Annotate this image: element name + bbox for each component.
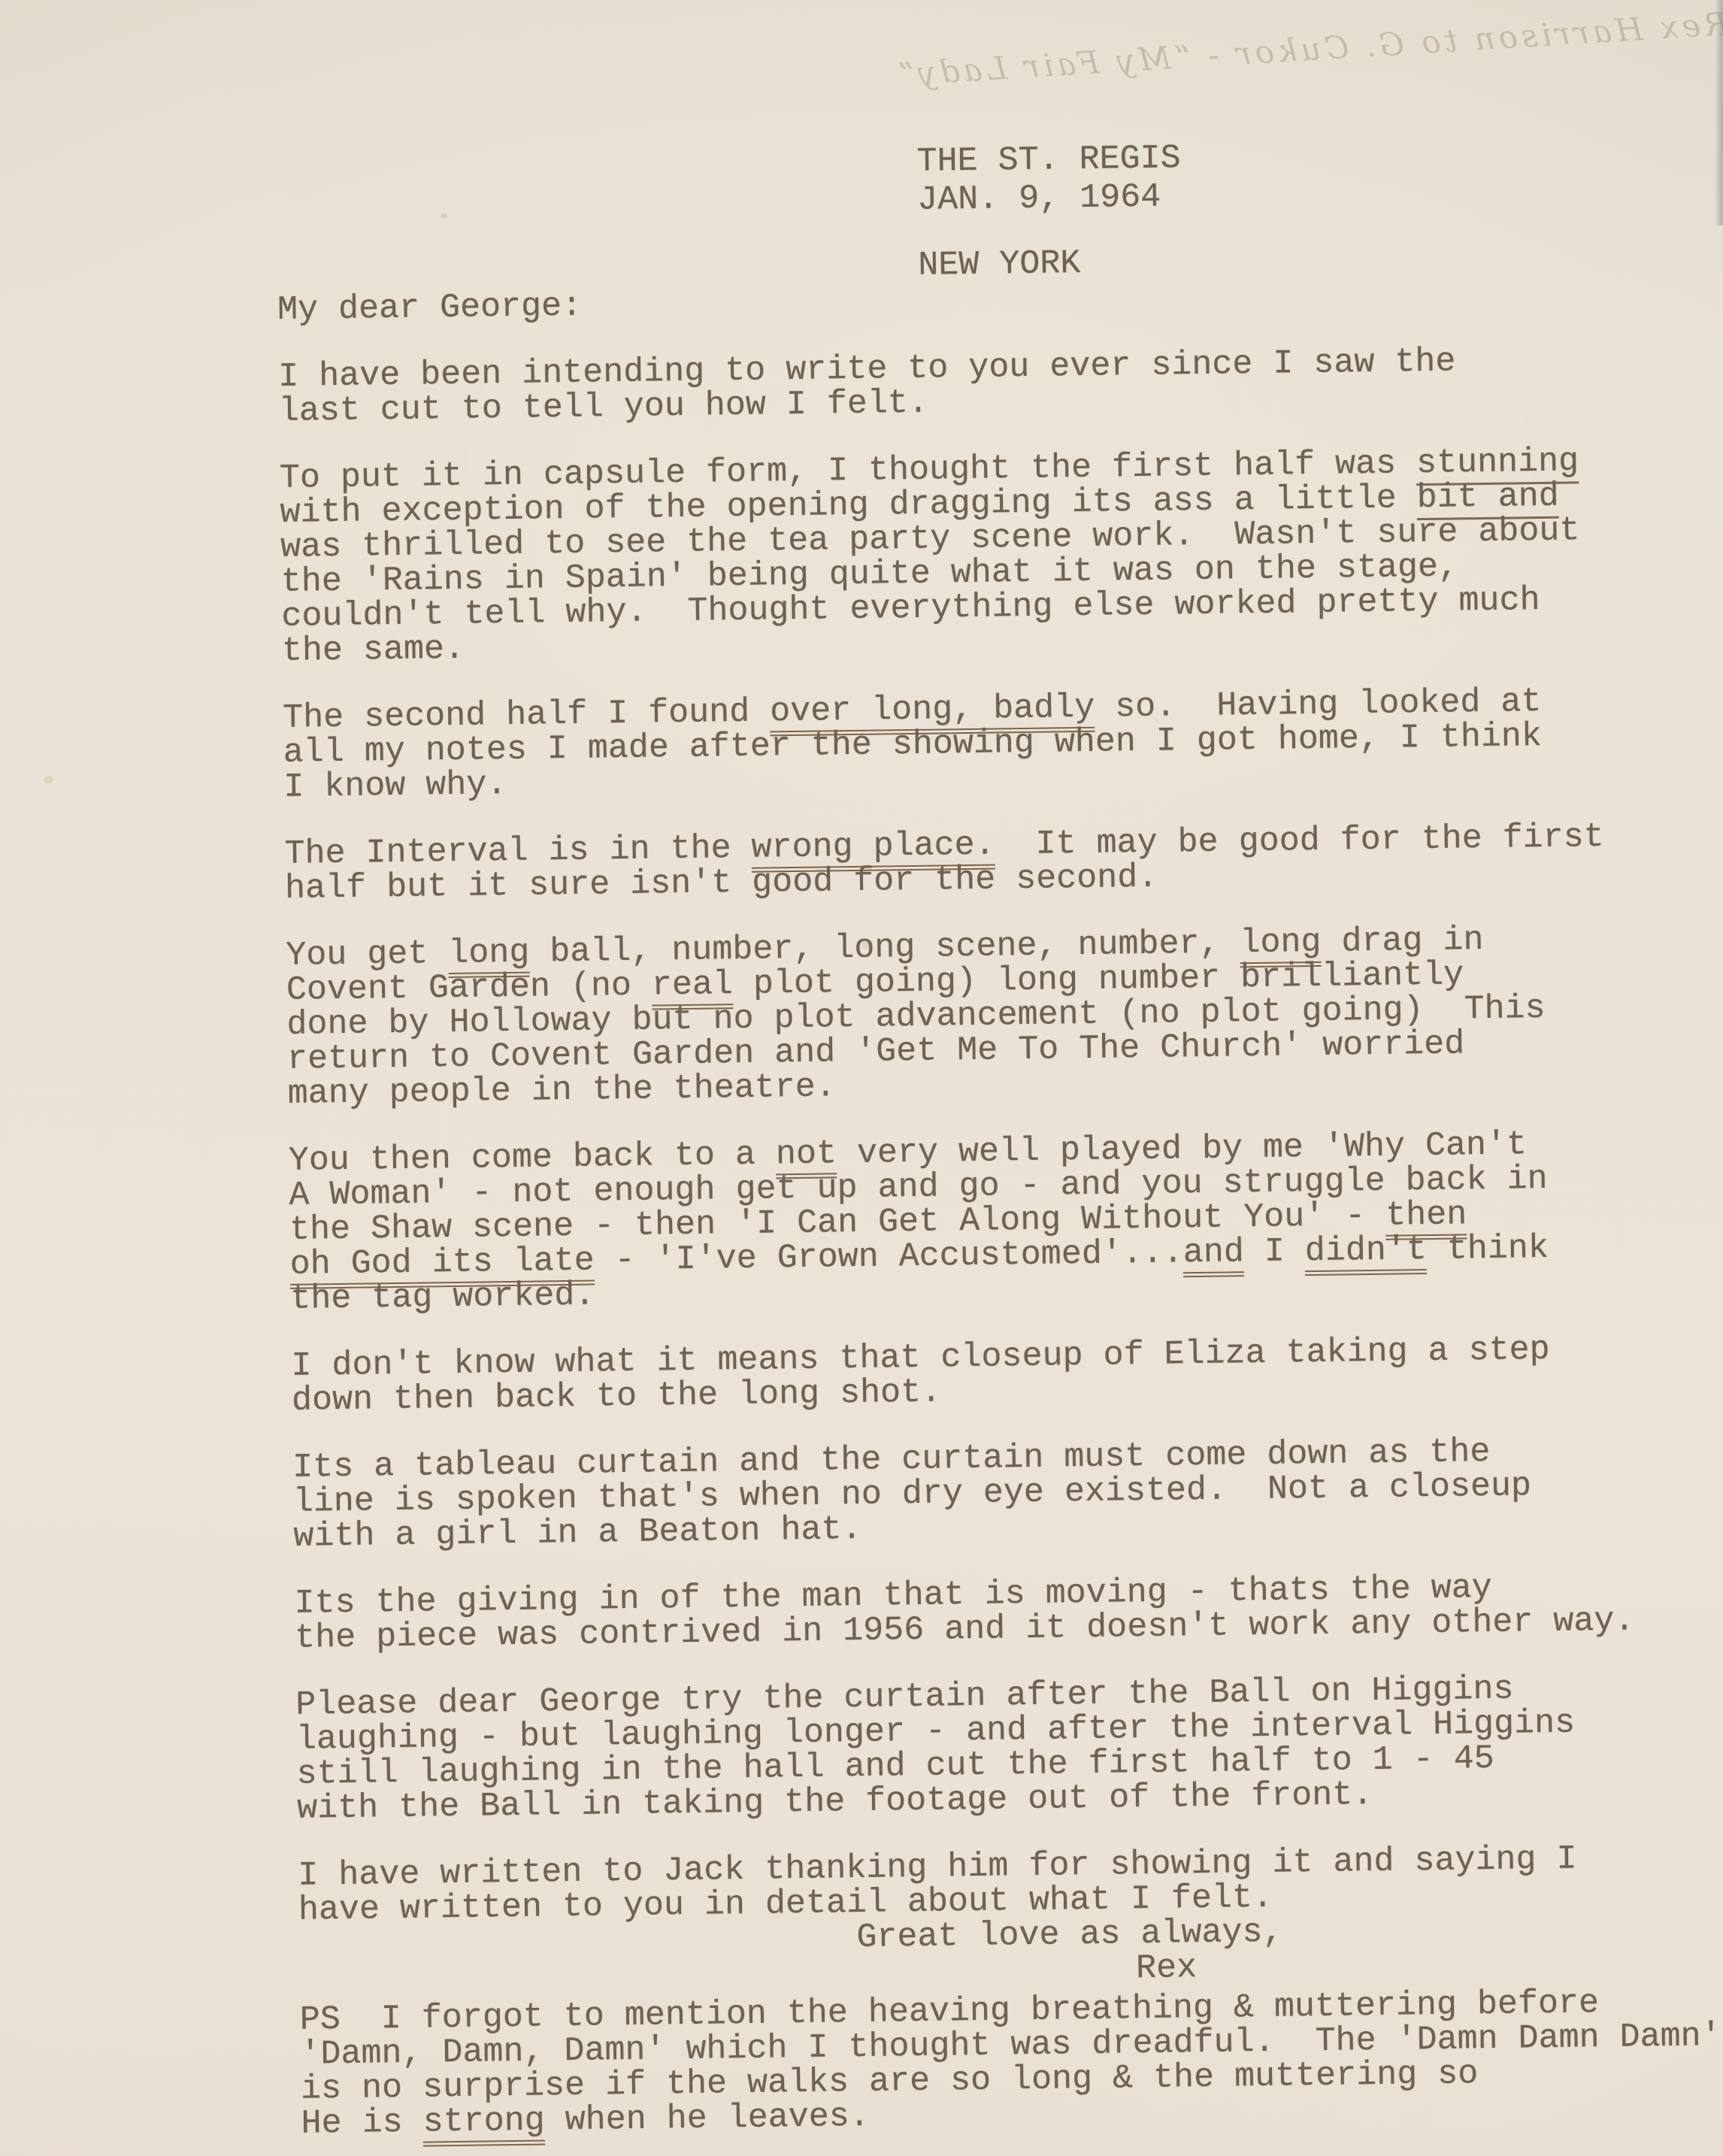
para-tableau-curtain: Its a tableau curtain and the curtain mu… bbox=[292, 1432, 1723, 1555]
date-line: JAN. 9, 1964 bbox=[917, 180, 1161, 218]
para-first-half: To put it in capsule form, I thought the… bbox=[280, 443, 1723, 669]
para-act-two: You then come back to a not very well pl… bbox=[289, 1125, 1723, 1317]
letter-body: My dear George:I have been intending to … bbox=[277, 274, 1723, 2142]
underlined-text: strong bbox=[422, 2102, 545, 2147]
underlined-text: didn't bbox=[1304, 1231, 1427, 1276]
para-eliza-closeup: I don't know what it means that closeup … bbox=[291, 1331, 1723, 1419]
para-giving-in: Its the giving in of the man that is mov… bbox=[294, 1568, 1723, 1656]
para-second-half: The second half I found over long, badly… bbox=[283, 683, 1723, 805]
postscript: PS I forgot to mention the heaving breat… bbox=[300, 1984, 1723, 2141]
typewritten-content: THE ST. REGIS NEW YORK JAN. 9, 1964 My d… bbox=[0, 0, 1723, 2156]
letterhead-city: NEW YORK bbox=[918, 245, 1182, 283]
para-intro: I have been intending to write to you ev… bbox=[278, 341, 1723, 429]
para-curtain-request: Please dear George try the curtain after… bbox=[295, 1670, 1723, 1827]
para-covent-garden: You get long ball, number, long scene, n… bbox=[286, 920, 1723, 1112]
scanned-letter-page: { "page": { "kind": "typewritten letter … bbox=[0, 0, 1723, 2156]
letterhead-hotel-name: THE ST. REGIS bbox=[916, 141, 1181, 180]
underlined-text: and bbox=[1182, 1233, 1244, 1277]
para-interval: The Interval is in the wrong place. It m… bbox=[284, 819, 1723, 907]
